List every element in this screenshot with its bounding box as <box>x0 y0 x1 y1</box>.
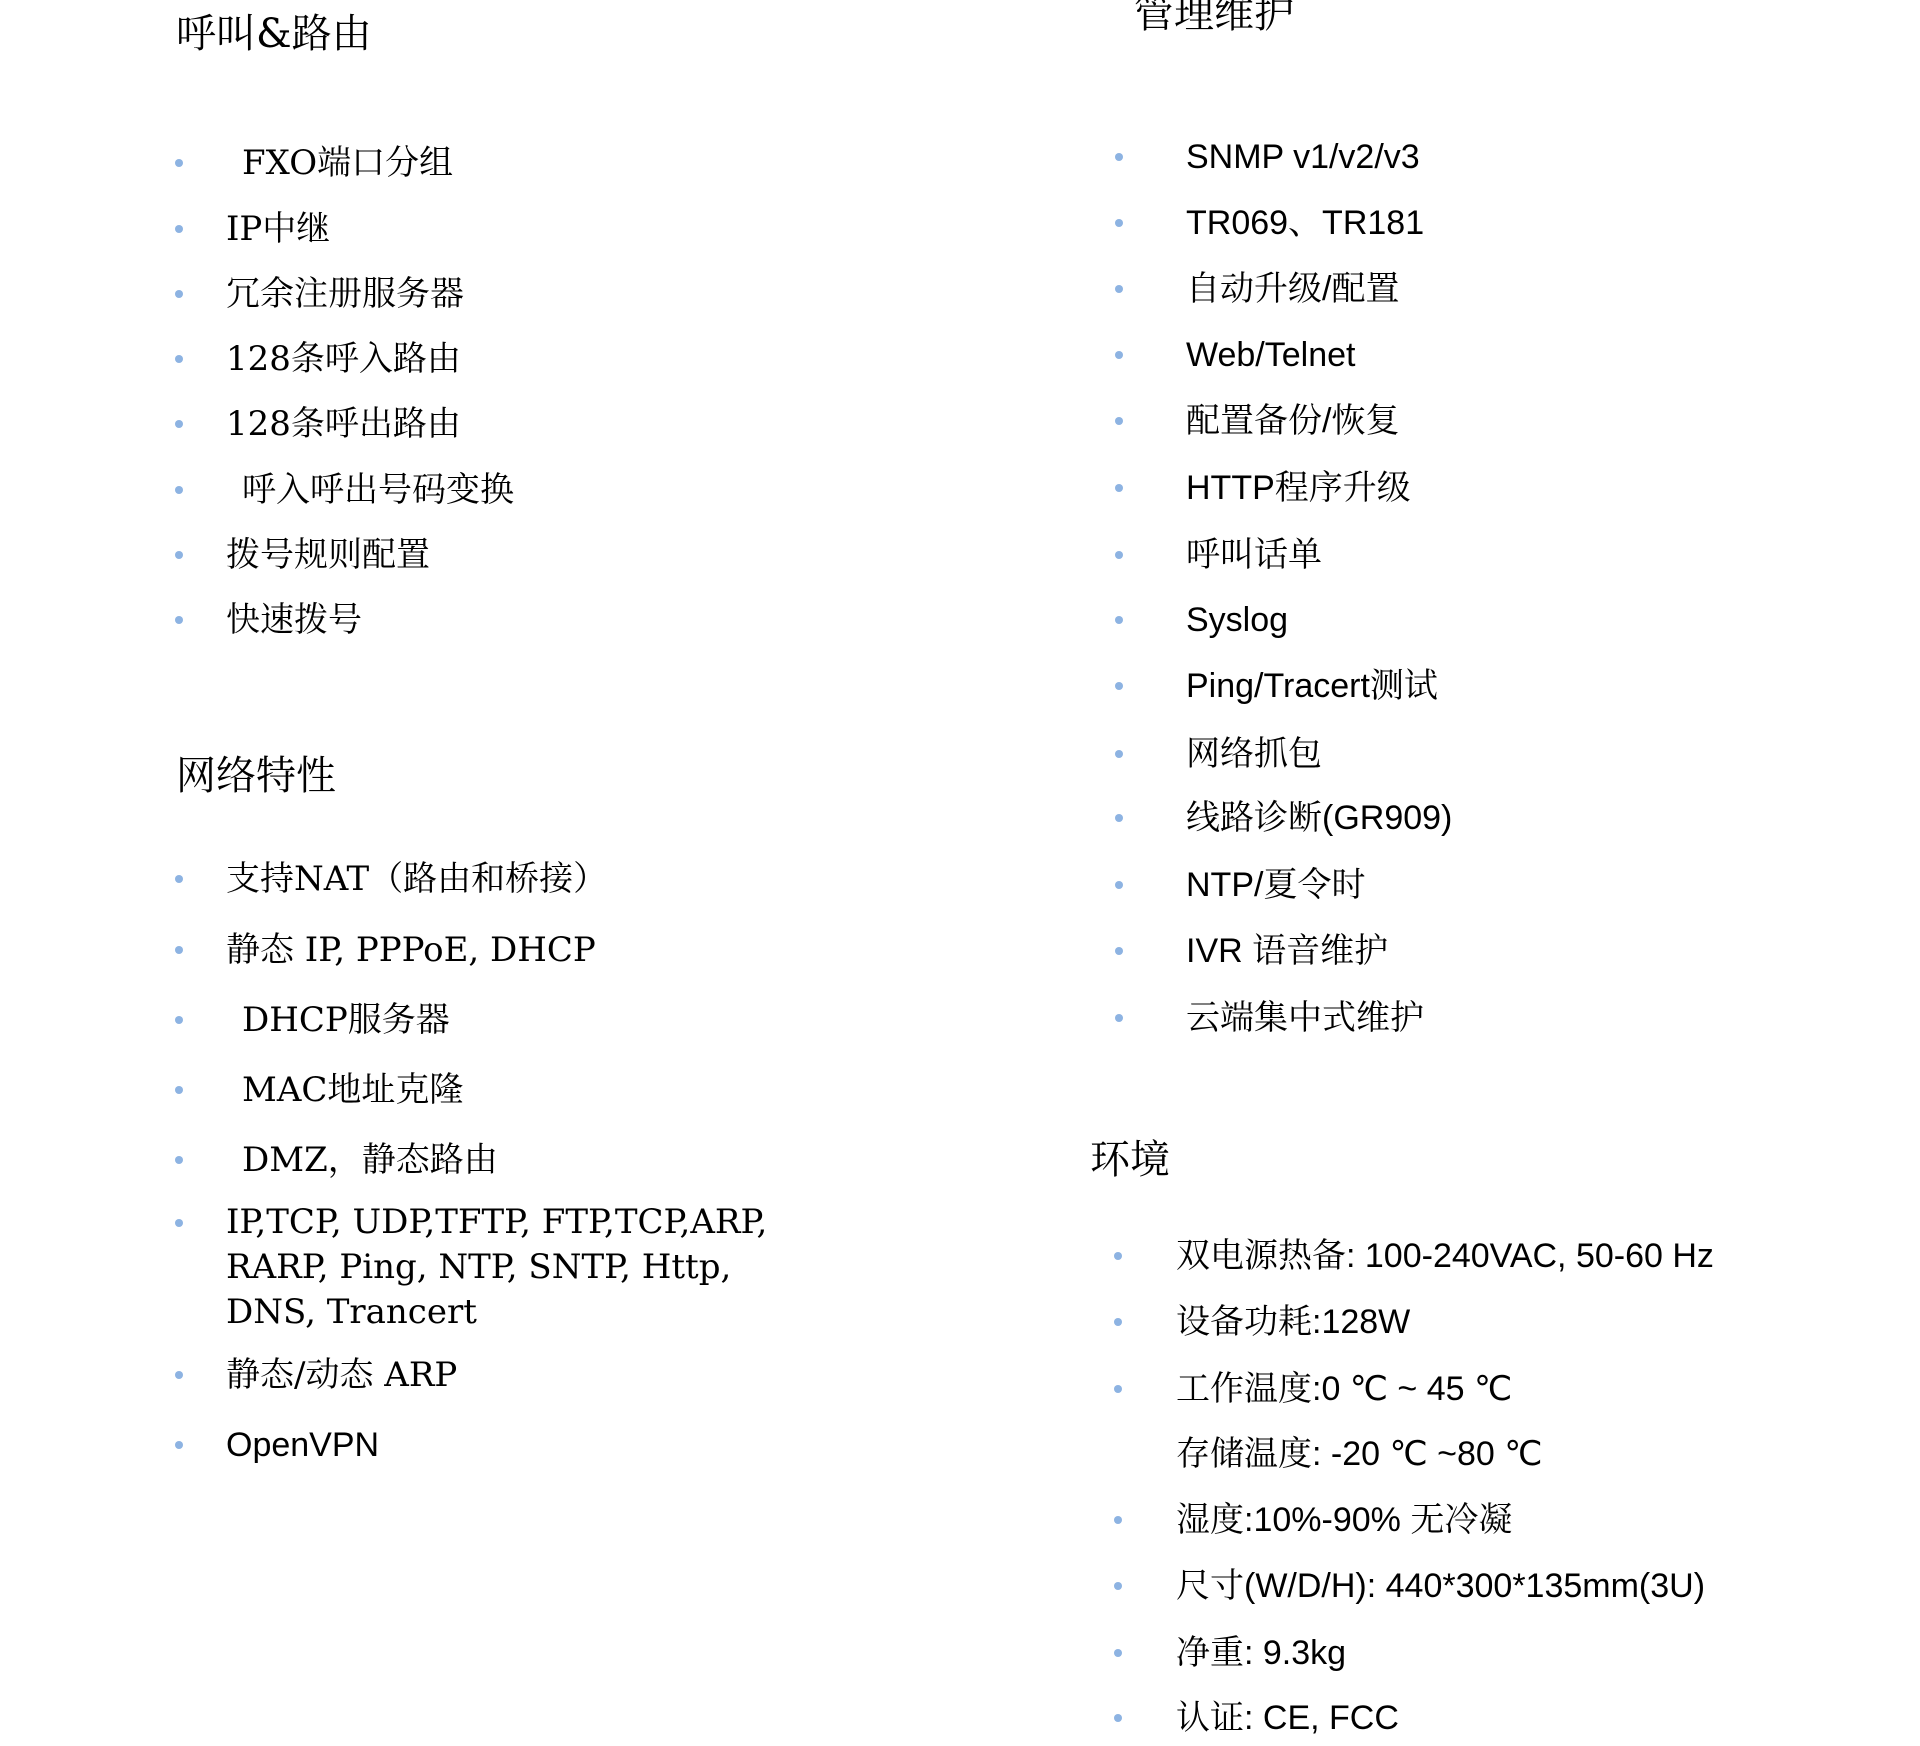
bullet-icon <box>1114 1252 1122 1260</box>
section-title-environment: 环境 <box>1090 1136 1170 1184</box>
bullet-icon <box>175 290 183 298</box>
bullet-icon <box>175 159 183 167</box>
bullet-icon <box>1115 351 1123 359</box>
bullet-icon <box>1115 750 1123 758</box>
bullet-icon <box>1115 417 1123 425</box>
bullet-icon <box>1115 285 1123 293</box>
bullet-icon <box>1115 1014 1123 1022</box>
section-title-call-routing: 呼叫&路由 <box>176 10 372 58</box>
bullet-icon <box>1115 153 1123 161</box>
bullet-icon <box>1114 1714 1122 1722</box>
bullet-icon <box>175 1219 183 1227</box>
bullet-icon <box>175 225 183 233</box>
bullet-icon <box>1114 1385 1122 1393</box>
bullet-icon <box>175 420 183 428</box>
bullet-icon <box>175 875 183 883</box>
bullet-icon <box>1115 881 1123 889</box>
bullet-icon <box>175 486 183 494</box>
bullet-icon <box>1115 616 1123 624</box>
section-title-network: 网络特性 <box>176 752 336 800</box>
bullet-icon <box>1114 1582 1122 1590</box>
bullet-icon <box>1114 1516 1122 1524</box>
bullet-icon <box>175 551 183 559</box>
bullet-icon <box>1115 551 1123 559</box>
bullet-icon <box>1115 219 1123 227</box>
bullet-icon <box>175 355 183 363</box>
bullet-icon <box>175 1086 183 1094</box>
section-title-management: 管理维护 <box>1134 0 1294 38</box>
bullet-icon <box>1114 1318 1122 1326</box>
bullet-icon <box>175 1441 183 1449</box>
bullet-icon <box>1115 814 1123 822</box>
bullet-icon <box>175 1371 183 1379</box>
bullet-icon <box>1115 682 1123 690</box>
cropped-top-text <box>360 0 860 2</box>
bullet-icon <box>175 1156 183 1164</box>
bullet-icon <box>1115 484 1123 492</box>
bullet-icon <box>1115 947 1123 955</box>
bullet-icon <box>1114 1649 1122 1657</box>
bullet-icon <box>175 946 183 954</box>
bullet-icon <box>175 616 183 624</box>
bullet-icon <box>175 1016 183 1024</box>
